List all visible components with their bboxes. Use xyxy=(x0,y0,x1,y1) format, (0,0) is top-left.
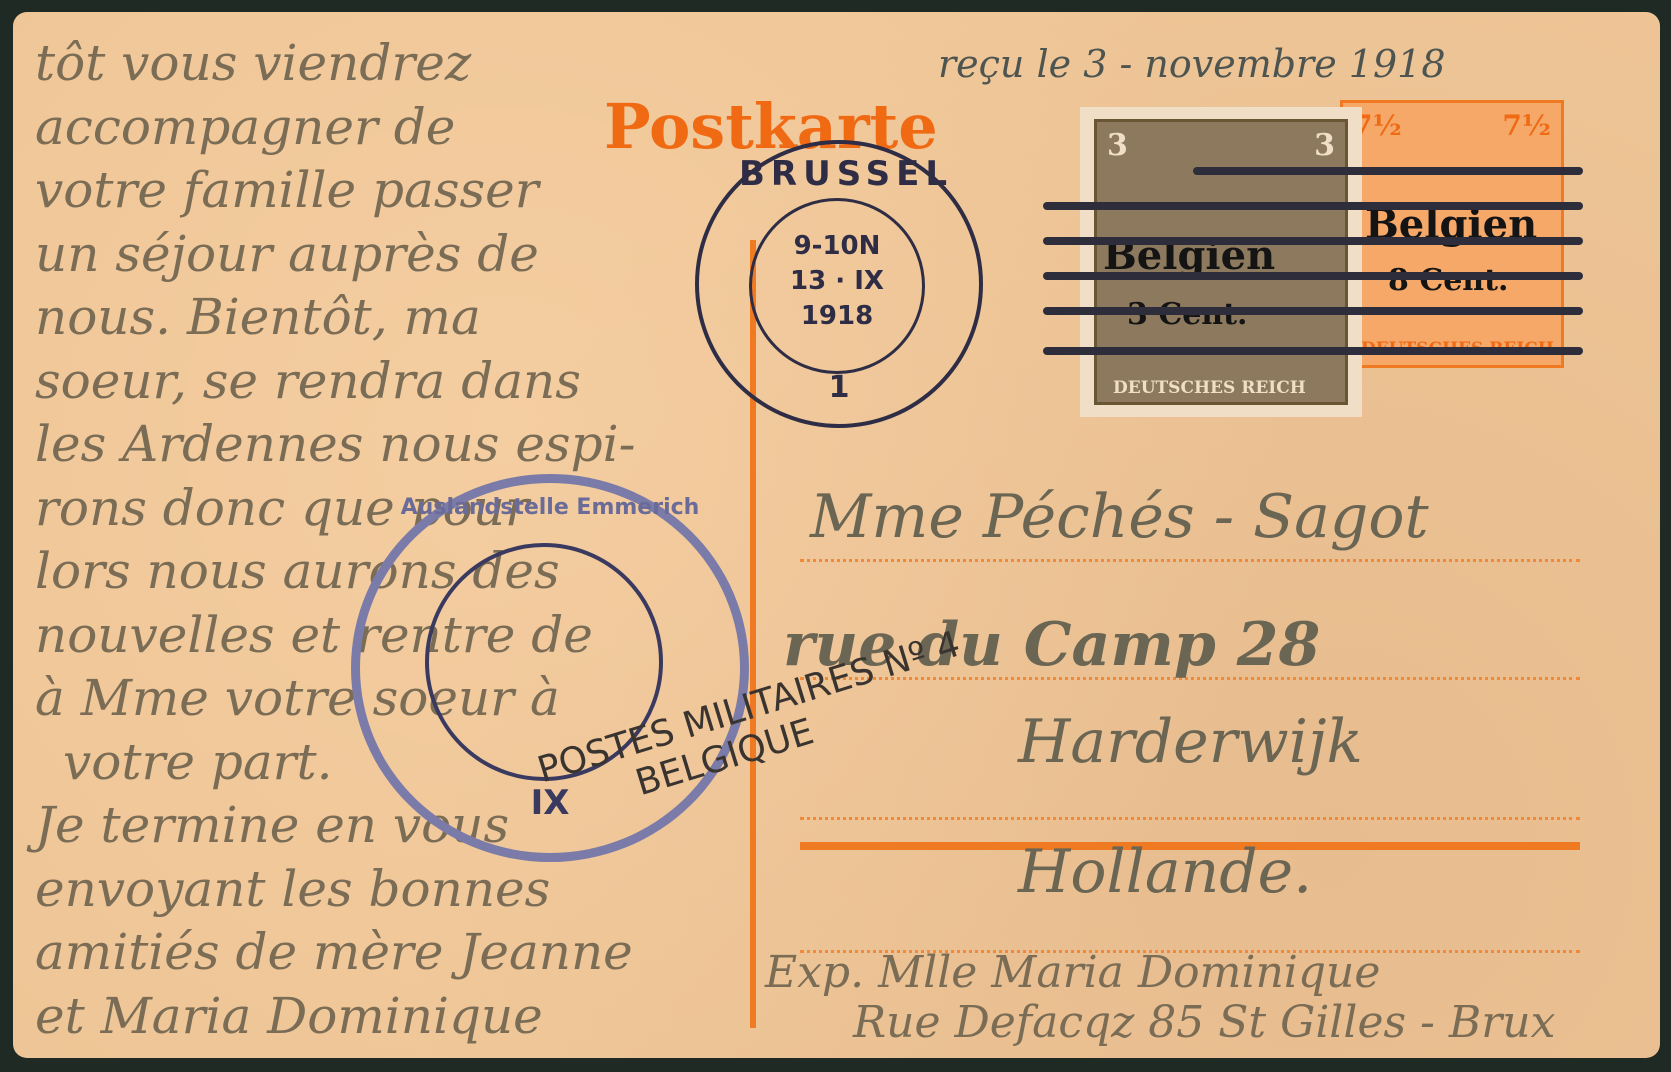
message-line: nous. Bientôt, ma xyxy=(35,288,481,346)
postmark-date: 13 · IX xyxy=(752,266,922,296)
censor-text: Auslandstelle Emmerich xyxy=(390,495,710,520)
message-line: et Maria Dominique xyxy=(35,987,543,1045)
message-line: amitiés de mère Jeanne xyxy=(35,923,633,981)
postmark-year: 1918 xyxy=(752,301,922,331)
message-line: votre part. xyxy=(63,733,333,791)
address-dotline xyxy=(800,559,1580,562)
cancel-wave-line xyxy=(1193,167,1583,175)
cancel-wave-line xyxy=(1043,237,1583,245)
address-dotline xyxy=(800,817,1580,820)
postmark-city: BRUSSEL xyxy=(739,154,939,194)
postcard: Postkarte reçu le 3 - novembre 1918 tôt … xyxy=(13,12,1660,1058)
cancel-wave-line xyxy=(1043,202,1583,210)
address-line-country: Hollande. xyxy=(1018,837,1312,907)
message-line: un séjour auprès de xyxy=(35,225,539,283)
message-line: soeur, se rendra dans xyxy=(35,352,581,410)
postage-stamp-brown: 3 3 Belgien 3 Cent. DEUTSCHES REICH xyxy=(1080,107,1362,417)
postmark-inner-ring: 9-10N 13 · IX 1918 xyxy=(749,198,925,374)
postmark-office: 1 xyxy=(819,370,859,405)
postage-stamp-orange: 7½ 7½ Belgien 8 Cent. DEUTSCHES REICH xyxy=(1340,100,1564,368)
brussel-postmark: BRUSSEL 9-10N 13 · IX 1918 1 xyxy=(695,140,983,428)
sender-line-2: Rue Defacqz 85 St Gilles - Brux xyxy=(853,997,1555,1048)
cancel-wave-line xyxy=(1043,307,1583,315)
address-line-name: Mme Péchés - Sagot xyxy=(810,482,1429,552)
stamp-value: 3 xyxy=(1314,128,1335,163)
message-line: accompagner de xyxy=(35,98,455,156)
message-line: envoyant les bonnes xyxy=(35,860,550,918)
stamp-value: 3 xyxy=(1107,128,1128,163)
postmark-time: 9-10N xyxy=(752,231,922,261)
received-note: reçu le 3 - novembre 1918 xyxy=(938,42,1446,86)
message-line: les Ardennes nous espi- xyxy=(35,415,636,473)
overprint-value: 8 Cent. xyxy=(1388,263,1508,298)
message-line: tôt vous viendrez xyxy=(35,34,471,92)
stamp-inscription: DEUTSCHES REICH xyxy=(1113,378,1306,398)
cancel-wave-line xyxy=(1043,272,1583,280)
address-line-city: Harderwijk xyxy=(1018,707,1363,777)
sender-line-1: Exp. Mlle Maria Dominique xyxy=(765,947,1380,998)
stamp-value: 7½ xyxy=(1502,109,1551,142)
message-line: votre famille passer xyxy=(35,161,539,219)
cancel-wave-line xyxy=(1043,347,1583,355)
